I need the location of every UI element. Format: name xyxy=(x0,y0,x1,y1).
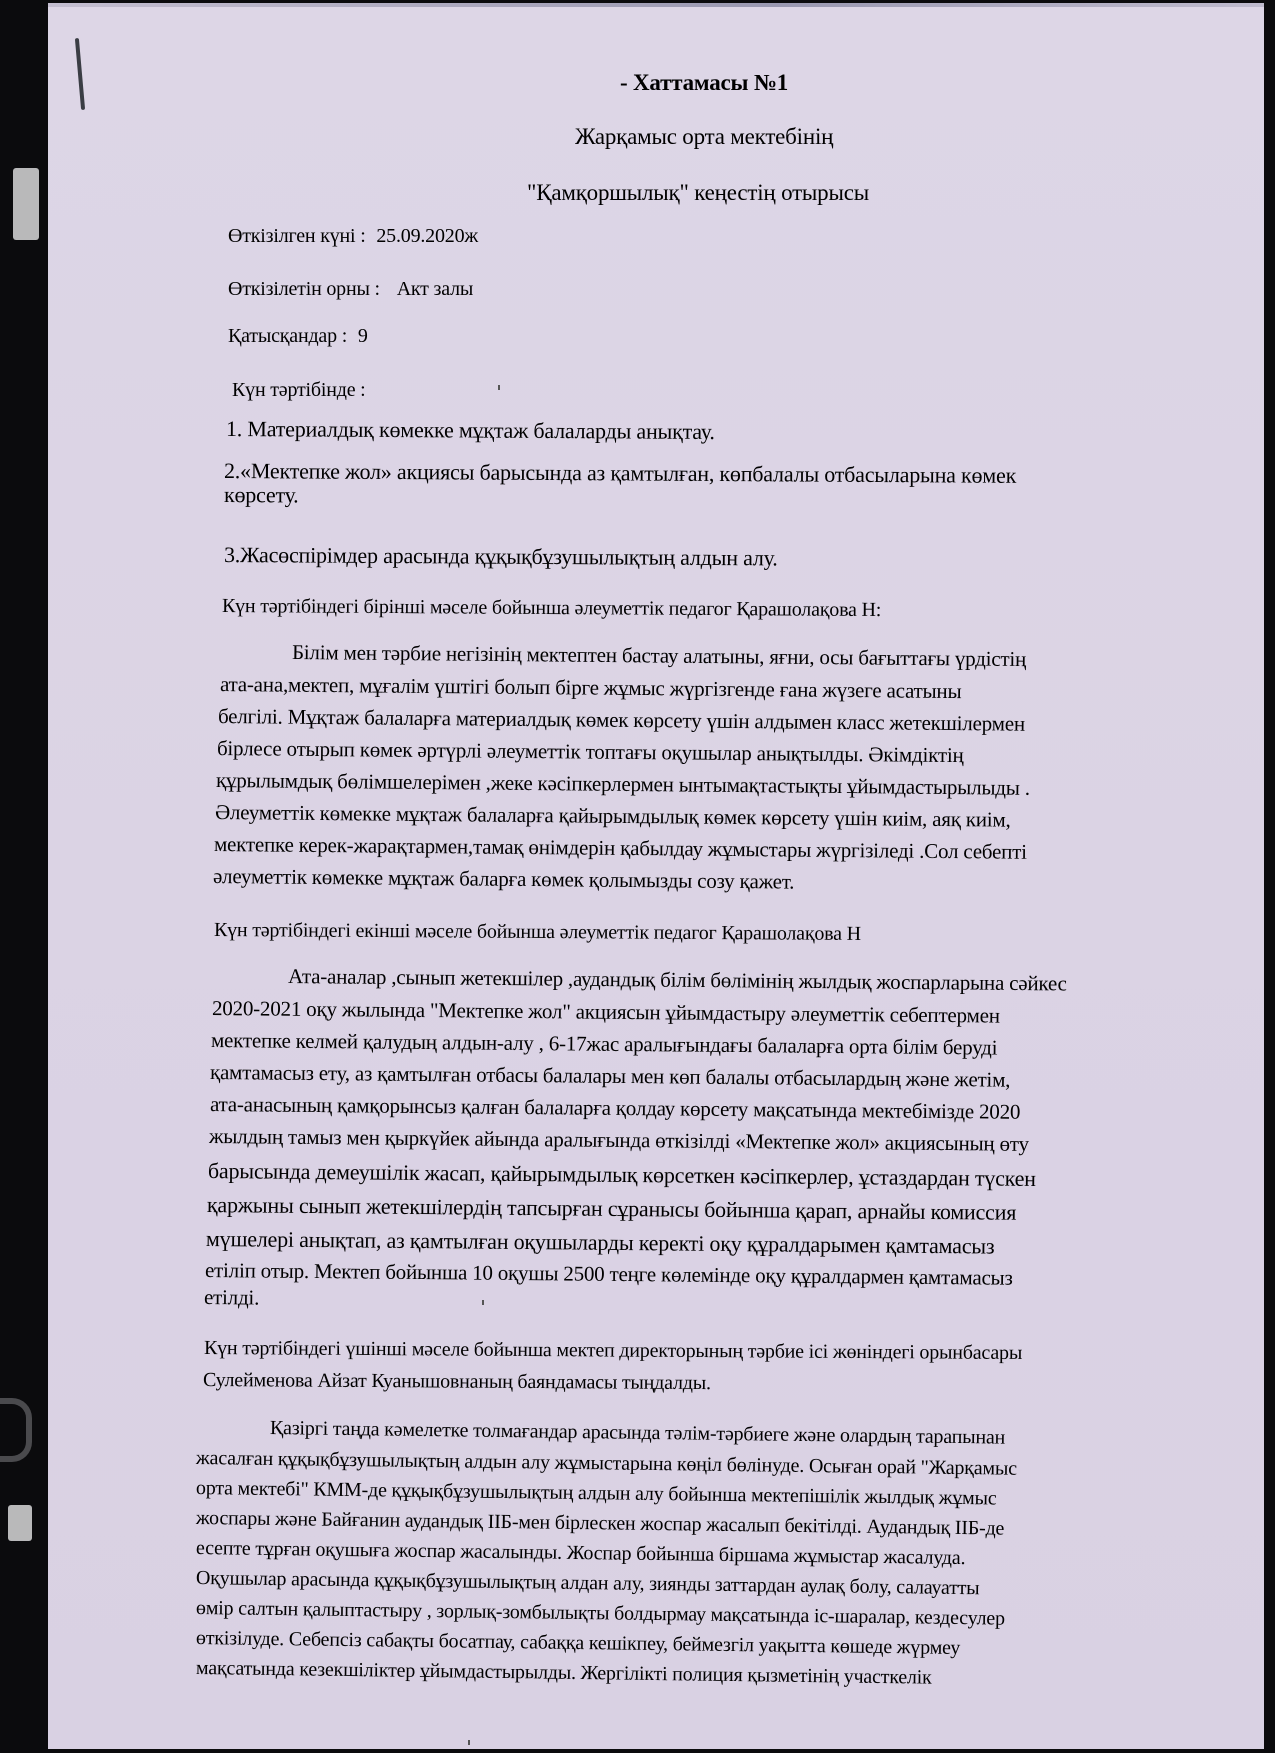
scan-speck xyxy=(468,1740,470,1745)
scanned-page: - Хаттамасы №1 Жарқамыс орта мектебінің … xyxy=(0,0,1275,1753)
document-title: - Хаттамасы №1 xyxy=(620,71,788,94)
agenda-item-1: 1. Материалдық көмекке мұқтаж балаларды … xyxy=(226,418,715,443)
binder-clip-mark xyxy=(13,168,39,240)
meta-date: Өткізілген күні : 25.09.2020ж xyxy=(228,226,478,246)
agenda-heading: Күн тәртібінде : xyxy=(232,380,366,400)
meta-participants: Қатысқандар : 9 xyxy=(228,326,368,346)
meta-place: Өткізілетін орны : Акт залы xyxy=(228,279,473,299)
section2-heading: Күн тәртібіндегі екінші мәселе бойынша ә… xyxy=(214,920,861,944)
agenda-item-2: 2.«Мектепке жол» акциясы барысында аз қа… xyxy=(224,460,1016,487)
paragraph-line: әлеуметтік көмекке мұқтаж баларға көмек … xyxy=(213,866,794,893)
school-line: Жарқамыс орта мектебінің xyxy=(575,125,833,148)
council-line: "Қамқоршылық" кеңестің отырысы xyxy=(527,181,869,204)
place-label: Өткізілетін орны : xyxy=(228,278,380,300)
participants-label: Қатысқандар : xyxy=(228,325,347,347)
binder-ring-mark xyxy=(0,1398,32,1462)
paper-top-edge xyxy=(48,3,1264,7)
section3-heading-line: Сулейменова Айзат Куанышовнаның баяндама… xyxy=(203,1370,711,1393)
section1-heading: Күн тәртібіндегі бірінші мәселе бойынша … xyxy=(222,596,881,620)
agenda-item-2-cont: көрсету. xyxy=(224,484,299,506)
place-value: Акт залы xyxy=(397,278,473,300)
paragraph-line: етілді. xyxy=(204,1287,259,1309)
binder-clip-mark xyxy=(8,1505,32,1541)
agenda-item-3: 3.Жасөспірімдер арасында құқықбұзушылықт… xyxy=(224,544,778,569)
section3-heading-line: Күн тәртібіндегі үшінші мәселе бойынша м… xyxy=(204,1338,1022,1363)
scan-speck xyxy=(482,1300,484,1305)
date-value: 25.09.2020ж xyxy=(376,225,478,247)
participants-value: 9 xyxy=(358,325,368,347)
scan-speck xyxy=(498,385,500,390)
date-label: Өткізілген күні : xyxy=(228,225,366,247)
